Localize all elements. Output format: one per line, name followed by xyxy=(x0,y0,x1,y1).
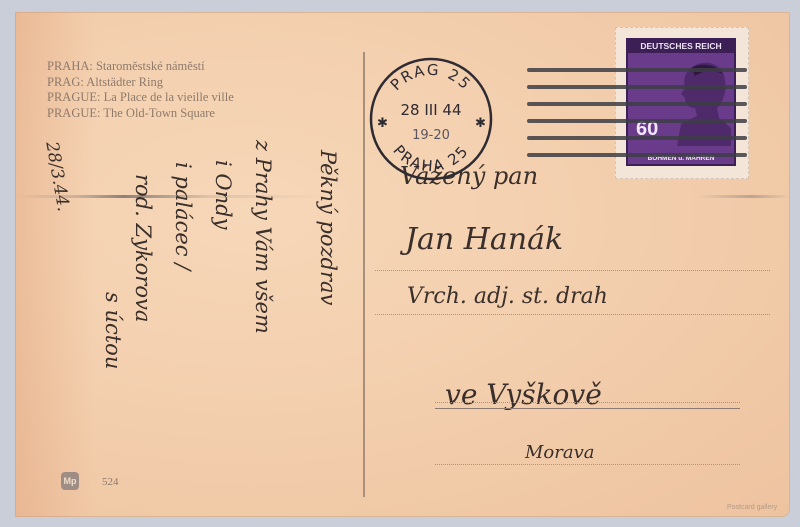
watermark: Postcard gallery xyxy=(727,504,777,511)
center-divider xyxy=(363,52,365,497)
address-name: Jan Hanák xyxy=(405,222,563,257)
address-city: ve Vyškově xyxy=(445,378,602,411)
message-line: s úctou xyxy=(101,292,125,369)
postmark-date: 28 III 44 xyxy=(401,101,462,119)
address-line xyxy=(375,314,770,315)
address-region: Morava xyxy=(525,442,595,463)
stamp-country: DEUTSCHES REICH xyxy=(628,40,734,53)
address-title: Vrch. adj. st. drah xyxy=(407,284,608,309)
message-line: Pěkný pozdrav xyxy=(316,150,340,305)
caption-line: PRAG: Altstädter Ring xyxy=(47,75,234,91)
publisher-logo: Mp xyxy=(61,472,79,490)
message-date: 28/3.44. xyxy=(41,140,73,213)
address-line xyxy=(375,270,770,271)
message-line: z Prahy Vám všem xyxy=(251,140,275,334)
message-line: i Ondy xyxy=(211,160,235,229)
star-icon: ✱ xyxy=(377,115,388,130)
svg-text:PRAG 25: PRAG 25 xyxy=(387,61,475,94)
postmark-time: 19-20 xyxy=(412,128,450,143)
caption-line: PRAGUE: The Old-Town Square xyxy=(47,106,234,122)
caption: PRAHA: Staroměstské náměstí PRAG: Altstä… xyxy=(47,59,234,121)
publisher-number: 524 xyxy=(102,476,119,488)
caption-line: PRAGUE: La Place de la vieille ville xyxy=(47,90,234,106)
cancellation-lines xyxy=(527,68,747,170)
address-line xyxy=(435,464,740,465)
postmark: PRAG 25 PRAHA 25 28 III 44 19-20 ✱ ✱ xyxy=(367,55,495,183)
postmark-top: PRAG 25 xyxy=(387,61,475,94)
address-rule xyxy=(435,408,740,409)
message-line: rod. Zykorova xyxy=(131,174,155,322)
caption-line: PRAHA: Staroměstské náměstí xyxy=(47,59,234,75)
address-line xyxy=(435,402,740,403)
message-line: i palácec / xyxy=(171,162,195,270)
star-icon: ✱ xyxy=(475,115,486,130)
